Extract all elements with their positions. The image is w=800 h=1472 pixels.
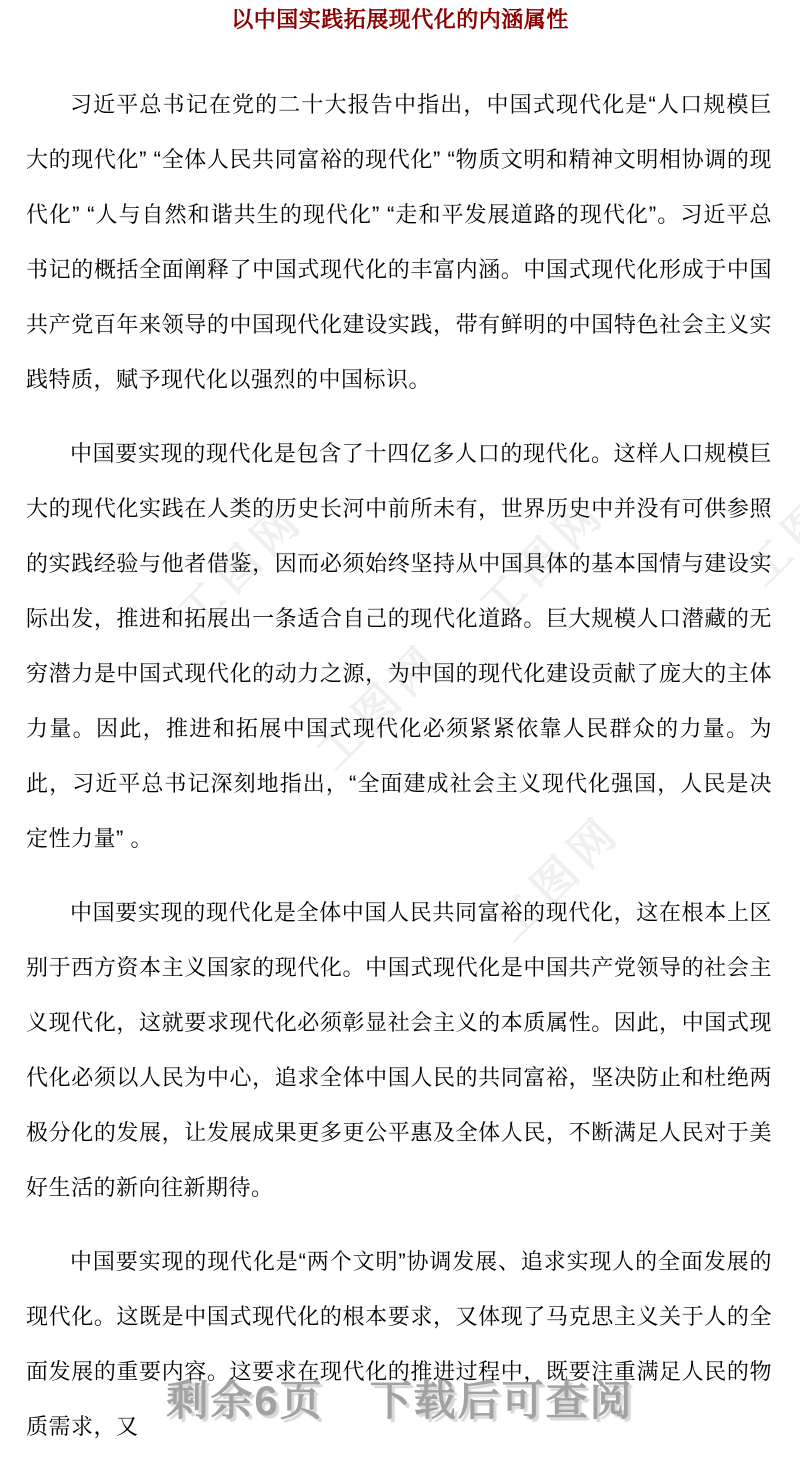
page-title: 以中国实践拓展现代化的内涵属性 (0, 0, 800, 33)
pages-remaining-label: 剩余6页 (166, 1377, 323, 1424)
paragraph-2: 中国要实现的现代化是包含了十四亿多人口的现代化。这样人口规模巨大的现代化实践在人… (26, 426, 772, 866)
document-body: 习近平总书记在党的二十大报告中指出，中国式现代化是“人口规模巨大的现代化” “全… (0, 77, 800, 1454)
paragraph-1: 习近平总书记在党的二十大报告中指出，中国式现代化是“人口规模巨大的现代化” “全… (26, 77, 772, 407)
download-hint-label: 下载后可查阅 (370, 1377, 634, 1424)
paragraph-3: 中国要实现的现代化是全体中国人民共同富裕的现代化，这在根本上区别于西方资本主义国… (26, 885, 772, 1215)
preview-footer: 剩余6页下载后可查阅 (0, 1368, 800, 1428)
document-page: 工图网 工图网 工图网 工图网 工图网 以中国实践拓展现代化的内涵属性 习近平总… (0, 0, 800, 1472)
